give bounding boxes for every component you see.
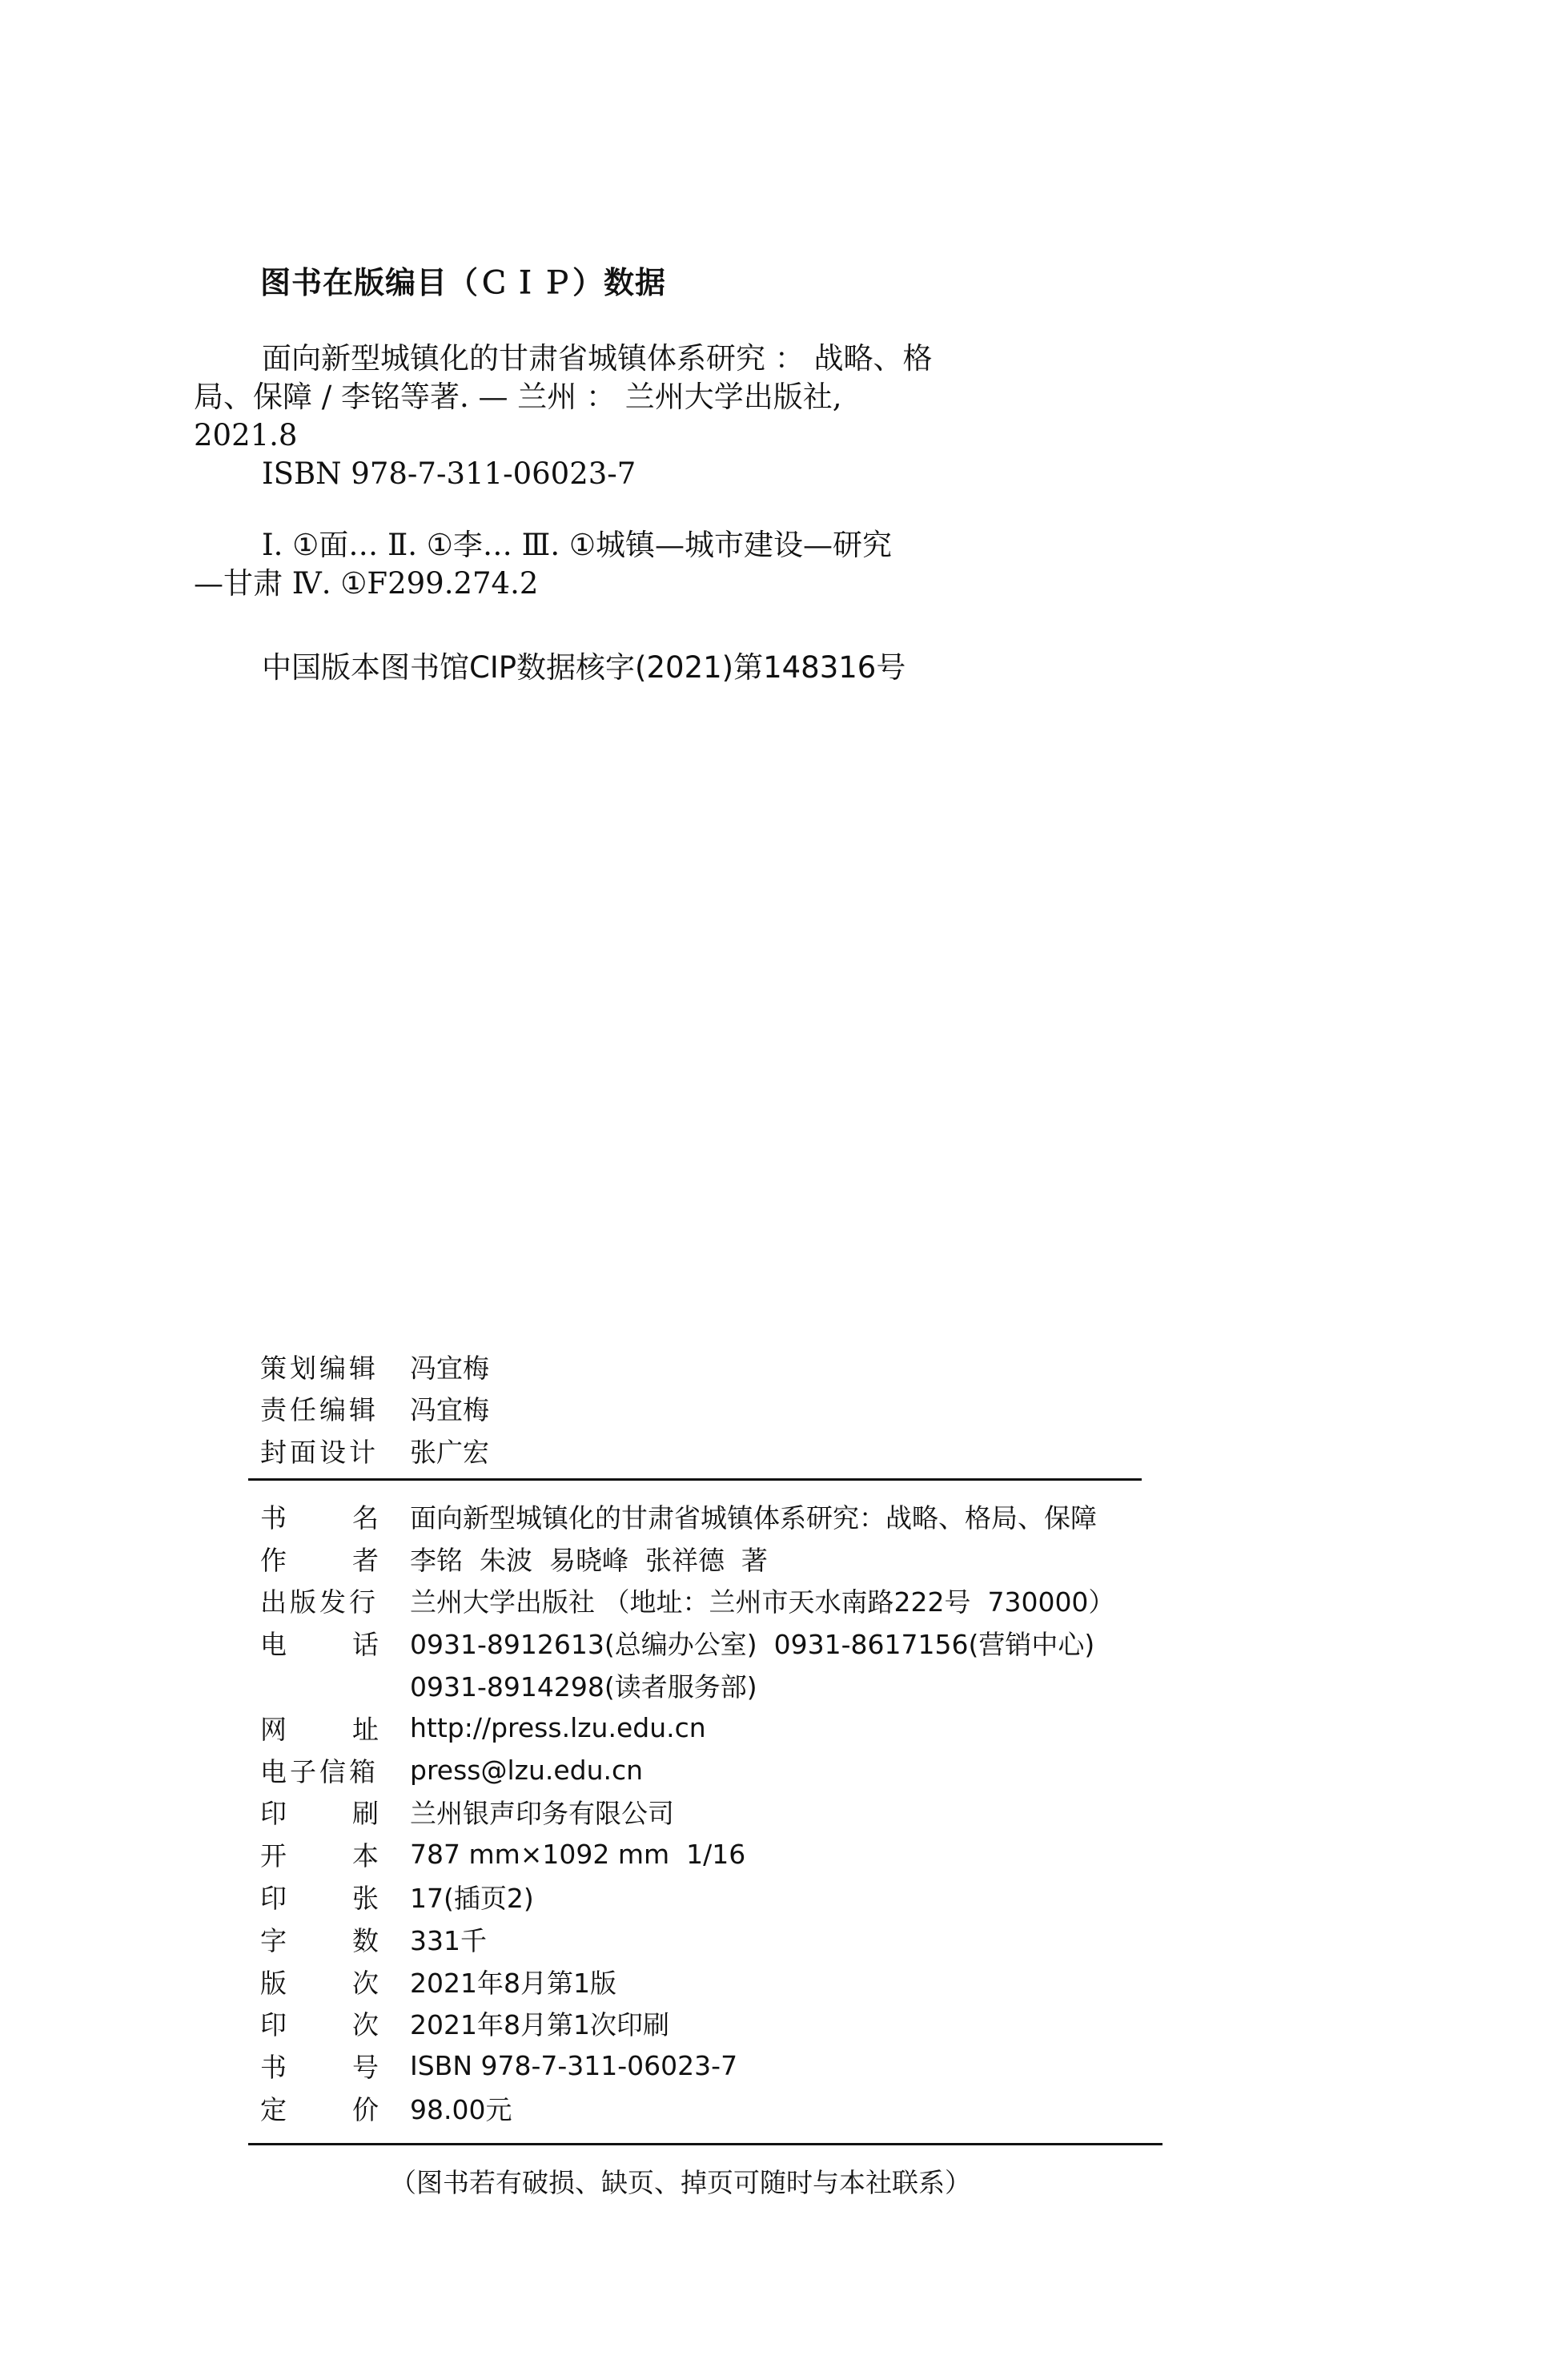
cip-title: 图书在版编目（ＣＩＰ）数据 [260, 258, 666, 302]
fact-label: 出版发行 [260, 1582, 379, 1619]
cip-class-line: —甘肃 Ⅳ. ①F299.274.2 [194, 565, 1138, 603]
fact-label: 印张 [260, 1878, 379, 1916]
fact-label: 开本 [260, 1835, 379, 1873]
credit-label: 封面设计 [260, 1432, 410, 1469]
cip-approval-number: 中国版本图书馆CIP数据核字(2021)第148316号 [262, 643, 905, 686]
credit-label: 策划编辑 [260, 1348, 410, 1385]
fact-row-email: 电子信箱 press@lzu.edu.cn [260, 1749, 1114, 1791]
fact-row-isbn: 书号 ISBN 978-7-311-06023-7 [260, 2044, 1114, 2087]
fact-value: 331千 [410, 1920, 487, 1958]
email-link[interactable]: press@lzu.edu.cn [410, 1755, 643, 1786]
fact-label: 电子信箱 [260, 1751, 379, 1789]
fact-value: 2021年8月第1次印刷 [410, 2004, 669, 2042]
credit-value: 张广宏 [410, 1432, 489, 1469]
credit-row: 封面设计 张广宏 [260, 1429, 489, 1472]
credit-label: 责任编辑 [260, 1389, 410, 1427]
credit-value: 冯宜梅 [410, 1389, 489, 1427]
cip-isbn: ISBN 978-7-311-06023-7 [194, 455, 1138, 493]
fact-label: 网址 [260, 1709, 379, 1747]
divider-top [248, 1478, 1142, 1481]
fact-value: 2021年8月第1版 [410, 1963, 616, 2000]
fact-row-sheets: 印张 17(插页2) [260, 1875, 1114, 1918]
fact-label: 电话 [260, 1624, 379, 1662]
fact-label: 印次 [260, 2004, 379, 2042]
fact-value: 17(插页2) [410, 1878, 534, 1916]
fact-value: 面向新型城镇化的甘肃省城镇体系研究：战略、格局、保障 [410, 1498, 1097, 1535]
fact-label: 书名 [260, 1498, 379, 1535]
cip-line: 2021.8 [194, 416, 1138, 455]
fact-row-printing: 印次 2021年8月第1次印刷 [260, 2003, 1114, 2045]
fact-row-price: 定价 98.00元 [260, 2087, 1114, 2129]
cip-classification: Ⅰ. ①面… Ⅱ. ①李… Ⅲ. ①城镇—城市建设—研究 —甘肃 Ⅳ. ①F29… [194, 526, 1138, 603]
website-link[interactable]: http://press.lzu.edu.cn [410, 1712, 706, 1743]
credit-value: 冯宜梅 [410, 1348, 489, 1385]
fact-row-website: 网址 http://press.lzu.edu.cn [260, 1707, 1114, 1749]
fact-row-phone: 电话 0931-8912613(总编办公室) 0931-8617156(营销中心… [260, 1622, 1114, 1664]
fact-row-author: 作者 李铭 朱波 易晓峰 张祥德 著 [260, 1538, 1114, 1580]
fact-value: 0931-8914298(读者服务部) [410, 1666, 757, 1704]
fact-value: 98.00元 [410, 2089, 512, 2127]
fact-value: 李铭 朱波 易晓峰 张祥德 著 [410, 1540, 768, 1578]
fact-label: 字数 [260, 1920, 379, 1958]
fact-value: 787 mm×1092 mm 1/16 [410, 1839, 745, 1870]
cip-bibliographic-record: 面向新型城镇化的甘肃省城镇体系研究 ： 战略、格 局、保障 / 李铭等著. — … [194, 340, 1138, 493]
fact-row-title: 书名 面向新型城镇化的甘肃省城镇体系研究：战略、格局、保障 [260, 1495, 1114, 1538]
fact-label: 版次 [260, 1963, 379, 2000]
fact-label: 书号 [260, 2047, 379, 2085]
divider-bottom [248, 2143, 1162, 2145]
editor-credits: 策划编辑 冯宜梅 责任编辑 冯宜梅 封面设计 张广宏 [260, 1345, 489, 1472]
fact-row-printer: 印刷 兰州银声印务有限公司 [260, 1791, 1114, 1834]
fact-label: 作者 [260, 1540, 379, 1578]
cip-line: 面向新型城镇化的甘肃省城镇体系研究 ： 战略、格 [194, 340, 1138, 378]
fact-label: 定价 [260, 2089, 379, 2127]
defect-notice: （图书若有破损、缺页、掉页可随时与本社联系） [390, 2162, 971, 2200]
fact-row-edition: 版次 2021年8月第1版 [260, 1960, 1114, 2003]
fact-value: 兰州大学出版社 （地址：兰州市天水南路222号 730000） [410, 1582, 1114, 1619]
cip-class-line: Ⅰ. ①面… Ⅱ. ①李… Ⅲ. ①城镇—城市建设—研究 [194, 526, 1138, 565]
fact-value: ISBN 978-7-311-06023-7 [410, 2050, 737, 2081]
cip-line: 局、保障 / 李铭等著. — 兰州 ： 兰州大学出版社, [194, 378, 1138, 416]
fact-label: 印刷 [260, 1793, 379, 1831]
credit-row: 策划编辑 冯宜梅 [260, 1345, 489, 1388]
fact-row-publisher: 出版发行 兰州大学出版社 （地址：兰州市天水南路222号 730000） [260, 1580, 1114, 1622]
publication-facts: 书名 面向新型城镇化的甘肃省城镇体系研究：战略、格局、保障 作者 李铭 朱波 易… [260, 1495, 1114, 2129]
fact-row-format: 开本 787 mm×1092 mm 1/16 [260, 1833, 1114, 1875]
fact-row-phone-cont: 0931-8914298(读者服务部) [260, 1664, 1114, 1707]
fact-row-wordcount: 字数 331千 [260, 1918, 1114, 1960]
fact-value: 兰州银声印务有限公司 [410, 1793, 674, 1831]
credit-row: 责任编辑 冯宜梅 [260, 1388, 489, 1430]
fact-value: 0931-8912613(总编办公室) 0931-8617156(营销中心) [410, 1624, 1094, 1662]
